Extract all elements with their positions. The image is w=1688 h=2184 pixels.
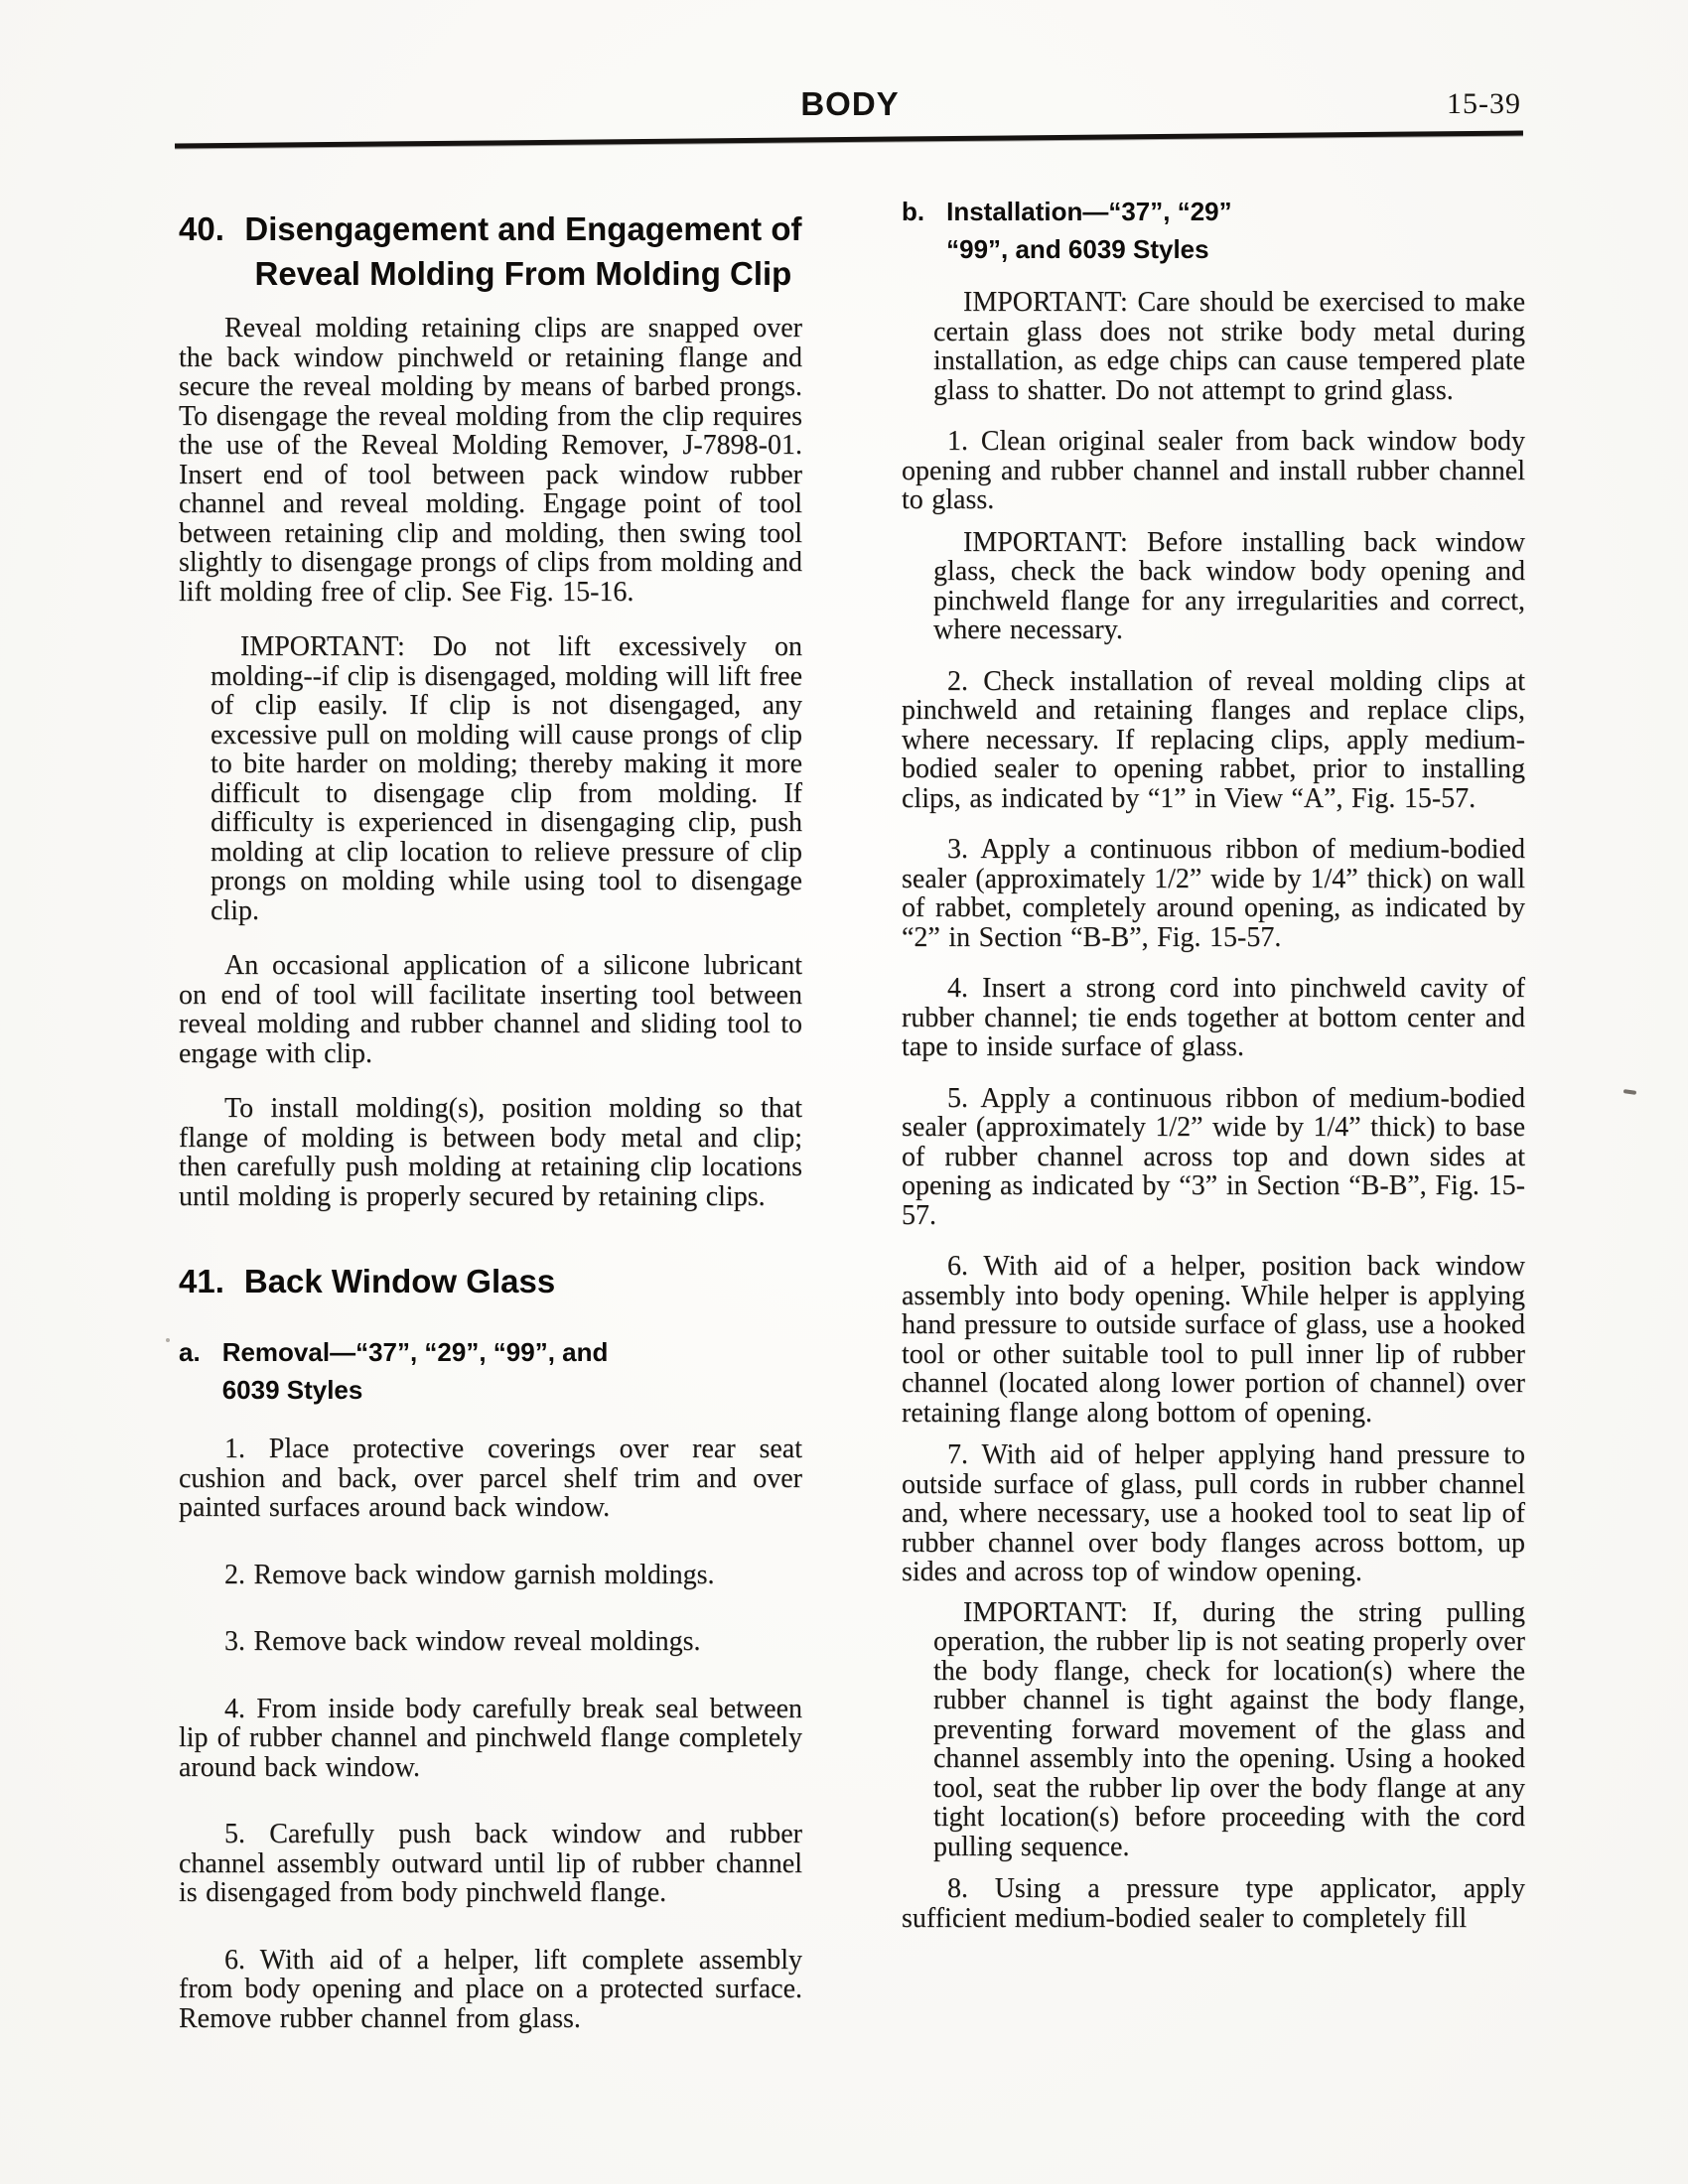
- scan-artifact-dash: [1623, 1089, 1636, 1095]
- right-column: b. Installation—“37”, “29” “99”, and 603…: [902, 193, 1525, 1955]
- section-41-title: Back Window Glass: [244, 1259, 802, 1303]
- removal-step-2: 2. Remove back window garnish moldings.: [179, 1561, 802, 1590]
- installation-step-6: 6. With aid of a helper, position back w…: [902, 1252, 1525, 1428]
- important-do-not-lift: IMPORTANT: Do not lift excessively on mo…: [211, 632, 802, 925]
- header-rule: [175, 130, 1523, 148]
- installation-step-5: 5. Apply a continuous ribbon of medium-b…: [902, 1084, 1525, 1231]
- subsection-b-title: Installation—“37”, “29” “99”, and 6039 S…: [946, 193, 1232, 268]
- subsection-b-letter: b.: [902, 193, 924, 230]
- installation-step-4: 4. Insert a strong cord into pinchweld c…: [902, 974, 1525, 1062]
- removal-step-3: 3. Remove back window reveal moldings.: [179, 1627, 802, 1657]
- manual-page: BODY 15-39 40. Disengagement and Engagem…: [0, 0, 1688, 2184]
- section-40-heading: 40. Disengagement and Engagement of Reve…: [179, 206, 802, 296]
- section-40-number: 40.: [179, 206, 224, 251]
- paragraph-install-molding: To install molding(s), position molding …: [179, 1094, 802, 1211]
- page-title: BODY: [179, 85, 1521, 123]
- removal-step-4: 4. From inside body carefully break seal…: [179, 1695, 802, 1783]
- installation-step-2: 2. Check installation of reveal molding …: [902, 667, 1525, 814]
- removal-step-1: 1. Place protective coverings over rear …: [179, 1434, 802, 1523]
- important-glass-care: IMPORTANT: Care should be exercised to m…: [933, 288, 1525, 405]
- section-41-number: 41.: [179, 1259, 224, 1303]
- installation-step-1: 1. Clean original sealer from back windo…: [902, 427, 1525, 515]
- page-number: 15-39: [1447, 87, 1521, 121]
- removal-step-5: 5. Carefully push back window and rubber…: [179, 1820, 802, 1908]
- installation-step-7: 7. With aid of helper applying hand pres…: [902, 1440, 1525, 1587]
- important-check-opening: IMPORTANT: Before installing back window…: [933, 528, 1525, 645]
- subsection-b-heading: b. Installation—“37”, “29” “99”, and 603…: [902, 193, 1525, 268]
- installation-step-8: 8. Using a pressure type applicator, app…: [902, 1874, 1525, 1933]
- left-column: 40. Disengagement and Engagement of Reve…: [179, 206, 802, 2071]
- installation-step-3: 3. Apply a continuous ribbon of medium-b…: [902, 835, 1525, 952]
- important-string-pulling: IMPORTANT: If, during the string pulling…: [933, 1598, 1525, 1862]
- subsection-a-title: Removal—“37”, “29”, “99”, and 6039 Style…: [222, 1333, 609, 1409]
- scan-artifact-dot: [166, 1338, 170, 1342]
- subsection-a-heading: a. Removal—“37”, “29”, “99”, and 6039 St…: [179, 1333, 802, 1409]
- section-40-title: Disengagement and Engagement of Reveal M…: [244, 206, 802, 296]
- removal-step-6: 6. With aid of a helper, lift complete a…: [179, 1946, 802, 2034]
- paragraph-silicone-lubricant: An occasional application of a silicone …: [179, 951, 802, 1068]
- subsection-a-letter: a.: [179, 1333, 201, 1371]
- paragraph-reveal-molding-intro: Reveal molding retaining clips are snapp…: [179, 314, 802, 607]
- section-41-heading: 41. Back Window Glass: [179, 1259, 802, 1303]
